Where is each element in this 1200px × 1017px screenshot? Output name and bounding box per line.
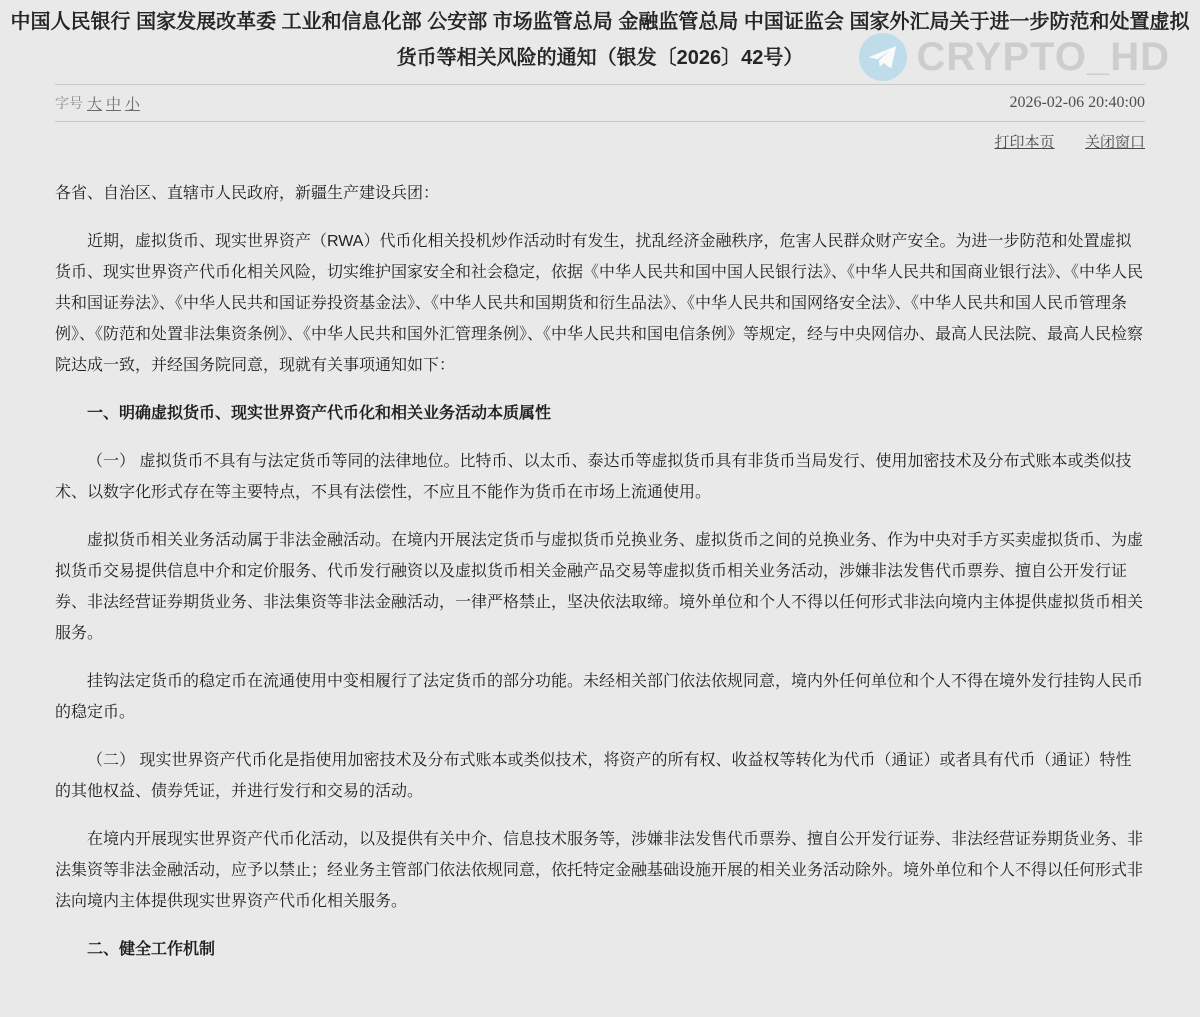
document-body: 各省、自治区、直辖市人民政府，新疆生产建设兵团： 近期，虚拟货币、现实世界资产（… <box>55 178 1145 965</box>
notice-page: CRYPTO_HD 中国人民银行 国家发展改革委 工业和信息化部 公安部 市场监… <box>0 0 1200 1017</box>
section-heading-2: 二、健全工作机制 <box>55 934 1145 965</box>
close-window-link[interactable]: 关闭窗口 <box>1085 134 1145 151</box>
page-title-line-1: 中国人民银行 国家发展改革委 工业和信息化部 公安部 市场监管总局 金融监管总局… <box>0 4 1200 40</box>
page-actions: 打印本页 关闭窗口 <box>55 131 1145 152</box>
font-size-small-link[interactable]: 小 <box>125 93 140 114</box>
document-paragraph-intro: 近期，虚拟货币、现实世界资产（RWA）代币化相关投机炒作活动时有发生，扰乱经济金… <box>55 226 1145 381</box>
page-title: 中国人民银行 国家发展改革委 工业和信息化部 公安部 市场监管总局 金融监管总局… <box>0 0 1200 76</box>
meta-bar: 字号 大 中 小 2026-02-06 20:40:00 <box>55 84 1145 122</box>
font-size-label: 字号 <box>55 93 83 113</box>
font-size-large-link[interactable]: 大 <box>87 93 102 114</box>
page-title-line-2: 货币等相关风险的通知（银发〔2026〕42号） <box>0 40 1200 76</box>
font-size-medium-link[interactable]: 中 <box>106 93 121 114</box>
print-page-link[interactable]: 打印本页 <box>995 134 1055 151</box>
document-paragraph-rwa-ban: 在境内开展现实世界资产代币化活动，以及提供有关中介、信息技术服务等，涉嫌非法发售… <box>55 824 1145 917</box>
section-heading-1: 一、明确虚拟货币、现实世界资产代币化和相关业务活动本质属性 <box>55 398 1145 429</box>
publish-datetime: 2026-02-06 20:40:00 <box>1009 94 1145 112</box>
document-paragraph-stablecoin: 挂钩法定货币的稳定币在流通使用中变相履行了法定货币的部分功能。未经相关部门依法依… <box>55 666 1145 728</box>
document-paragraph-1-2: （二） 现实世界资产代币化是指使用加密技术及分布式账本或类似技术，将资产的所有权… <box>55 745 1145 807</box>
document-greeting: 各省、自治区、直辖市人民政府，新疆生产建设兵团： <box>55 178 1145 209</box>
document-paragraph-1-1: （一） 虚拟货币不具有与法定货币等同的法律地位。比特币、以太币、泰达币等虚拟货币… <box>55 446 1145 508</box>
document-paragraph-illegal-activities: 虚拟货币相关业务活动属于非法金融活动。在境内开展法定货币与虚拟货币兑换业务、虚拟… <box>55 525 1145 649</box>
font-size-selector: 字号 大 中 小 <box>55 93 140 114</box>
